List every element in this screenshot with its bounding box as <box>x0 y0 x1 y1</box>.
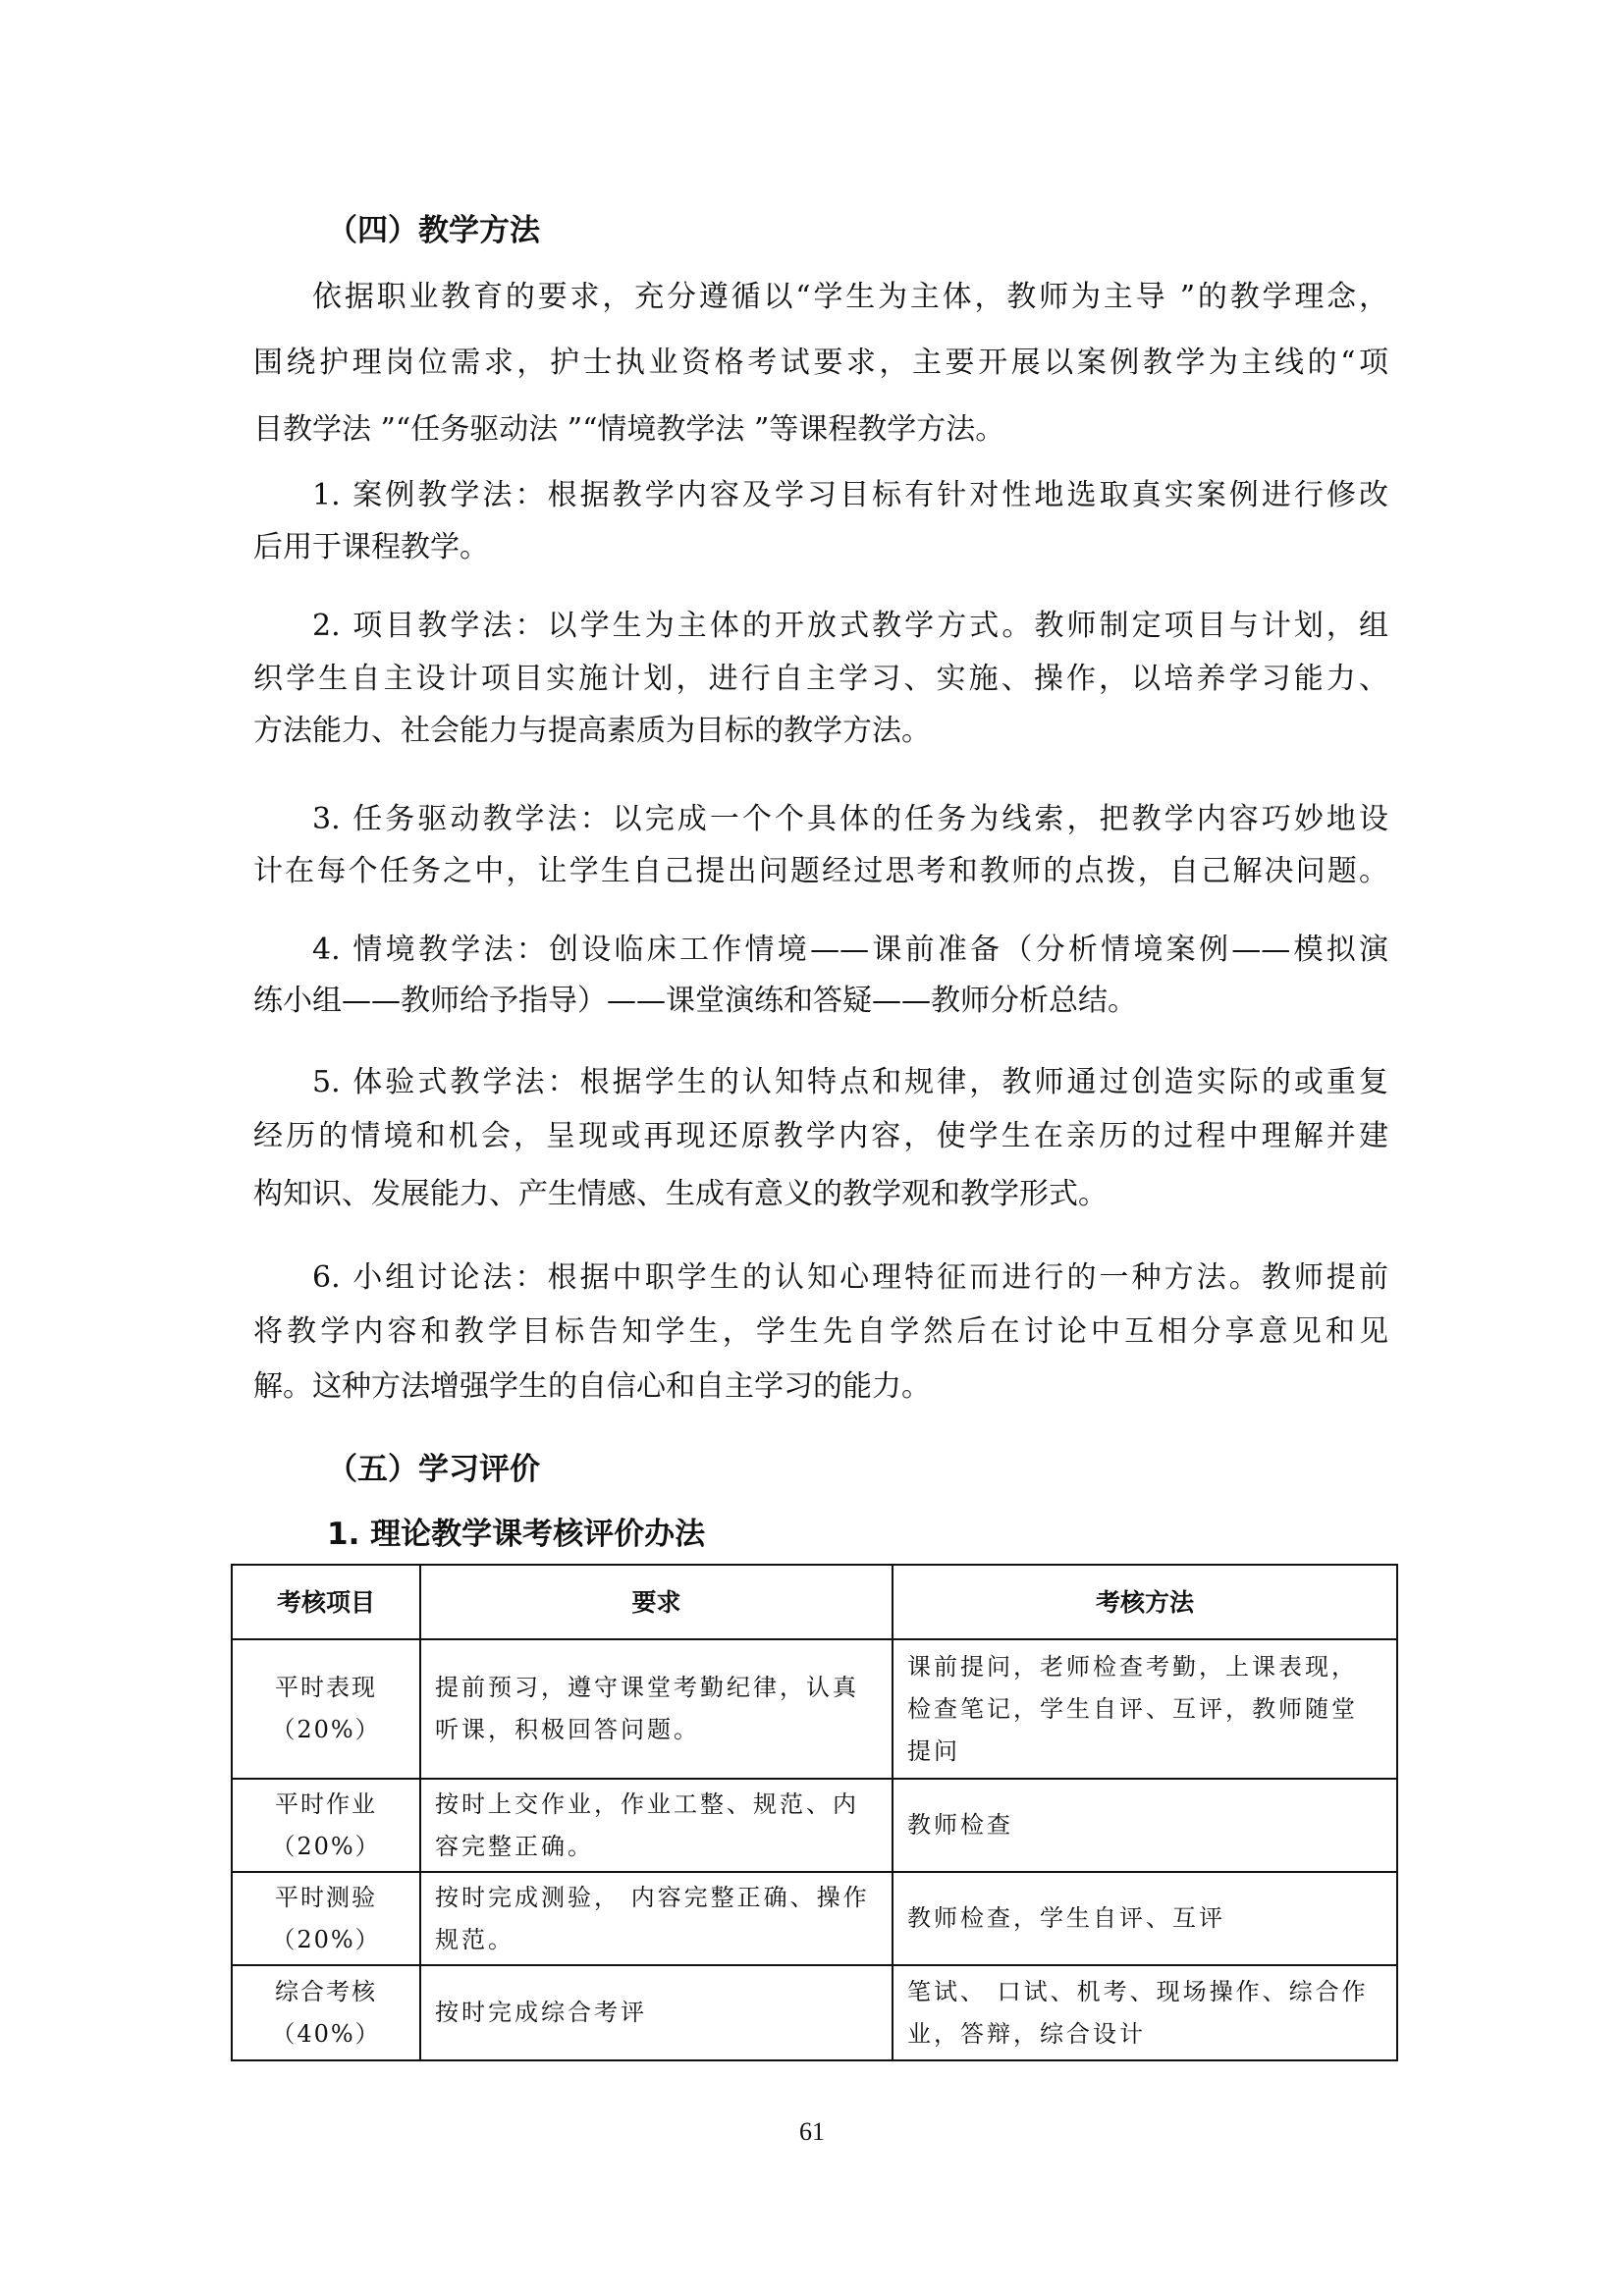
item-name: 平时表现 <box>246 1667 406 1709</box>
cell-method: 教师检查，学生自评、互评 <box>893 1872 1397 1965</box>
table-row: 平时作业 （20%） 按时上交作业，作业工整、规范、内容完整正确。 教师检查 <box>232 1779 1397 1872</box>
table-row: 平时表现 （20%） 提前预习，遵守课堂考勤纪律，认真听课，积极回答问题。 课前… <box>232 1639 1397 1779</box>
method-5-line-3: 构知识、发展能力、产生情感、生成有意义的教学观和教学形式。 <box>253 1177 1388 1212</box>
cell-item: 平时测验 （20%） <box>232 1872 420 1965</box>
cell-requirement: 按时完成测验， 内容完整正确、操作规范。 <box>420 1872 893 1965</box>
cell-item: 综合考核 （40%） <box>232 1965 420 2060</box>
cell-requirement: 按时完成综合考评 <box>420 1965 893 2060</box>
subheading-theory-assessment: 1. 理论教学课考核评价办法 <box>327 1517 705 1552</box>
cell-method: 课前提问，老师检查考勤，上课表现，检查笔记，学生自评、互评，教师随堂提问 <box>893 1639 1397 1779</box>
method-4-line-1: 4. 情境教学法：创设临床工作情境——课前准备（分析情境案例——模拟演 <box>312 933 1388 968</box>
item-name: 平时测验 <box>246 1877 406 1919</box>
cell-method: 教师检查 <box>893 1779 1397 1872</box>
item-name: 综合考核 <box>246 1971 406 2013</box>
cell-item: 平时表现 （20%） <box>232 1639 420 1779</box>
header-assessment-method: 考核方法 <box>893 1565 1397 1639</box>
item-name: 平时作业 <box>246 1784 406 1826</box>
table-row: 平时测验 （20%） 按时完成测验， 内容完整正确、操作规范。 教师检查，学生自… <box>232 1872 1397 1965</box>
item-weight: （20%） <box>246 1826 406 1868</box>
assessment-table: 考核项目 要求 考核方法 平时表现 （20%） 提前预习，遵守课堂考勤纪律，认真… <box>231 1564 1398 2061</box>
method-3-line-2: 计在每个任务之中，让学生自己提出问题经过思考和教师的点拨，自己解决问题。 <box>253 854 1388 889</box>
method-5-line-1: 5. 体验式教学法：根据学生的认知特点和规律，教师通过创造实际的或重复 <box>312 1065 1388 1100</box>
method-4-line-2: 练小组——教师给予指导）——课堂演练和答疑——教师分析总结。 <box>253 984 1388 1019</box>
header-assessment-item: 考核项目 <box>232 1565 420 1639</box>
section-heading-learning-evaluation: （五）学习评价 <box>327 1452 540 1487</box>
method-1-line-2: 后用于课程教学。 <box>253 530 1388 565</box>
method-2-line-3: 方法能力、社会能力与提高素质为目标的教学方法。 <box>253 714 1388 749</box>
intro-line-2: 围绕护理岗位需求，护士执业资格考试要求，主要开展以案例教学为主线的“项 <box>253 346 1388 381</box>
item-weight: （20%） <box>246 1709 406 1751</box>
section-heading-teaching-methods: （四）教学方法 <box>327 213 540 248</box>
cell-item: 平时作业 （20%） <box>232 1779 420 1872</box>
method-5-line-2: 经历的情境和机会，呈现或再现还原教学内容，使学生在亲历的过程中理解并建 <box>253 1119 1388 1154</box>
item-weight: （20%） <box>246 1919 406 1961</box>
page-number: 61 <box>0 2117 1624 2147</box>
table-header-row: 考核项目 要求 考核方法 <box>232 1565 1397 1639</box>
header-requirement: 要求 <box>420 1565 893 1639</box>
item-weight: （40%） <box>246 2013 406 2056</box>
method-2-line-1: 2. 项目教学法：以学生为主体的开放式教学方式。教师制定项目与计划，组 <box>312 609 1388 644</box>
intro-line-1: 依据职业教育的要求，充分遵循以“学生为主体，教师为主导 ”的教学理念， <box>312 280 1388 315</box>
intro-line-3: 目教学法 ”“任务驱动法 ”“情境教学法 ”等课程教学方法。 <box>253 412 1388 448</box>
method-1-line-1: 1. 案例教学法：根据教学内容及学习目标有针对性地选取真实案例进行修改 <box>312 478 1388 513</box>
method-2-line-2: 织学生自主设计项目实施计划，进行自主学习、实施、操作，以培养学习能力、 <box>253 662 1388 697</box>
method-6-line-2: 将教学内容和教学目标告知学生，学生先自学然后在讨论中互相分享意见和见 <box>253 1314 1388 1350</box>
method-6-line-3: 解。这种方法增强学生的自信心和自主学习的能力。 <box>253 1369 1388 1405</box>
cell-requirement: 按时上交作业，作业工整、规范、内容完整正确。 <box>420 1779 893 1872</box>
method-6-line-1: 6. 小组讨论法：根据中职学生的认知心理特征而进行的一种方法。教师提前 <box>312 1260 1388 1296</box>
method-3-line-1: 3. 任务驱动教学法：以完成一个个具体的任务为线索，把教学内容巧妙地设 <box>312 802 1388 837</box>
table-row: 综合考核 （40%） 按时完成综合考评 笔试、 口试、机考、现场操作、综合作业，… <box>232 1965 1397 2060</box>
cell-method: 笔试、 口试、机考、现场操作、综合作业，答辩，综合设计 <box>893 1965 1397 2060</box>
cell-requirement: 提前预习，遵守课堂考勤纪律，认真听课，积极回答问题。 <box>420 1639 893 1779</box>
